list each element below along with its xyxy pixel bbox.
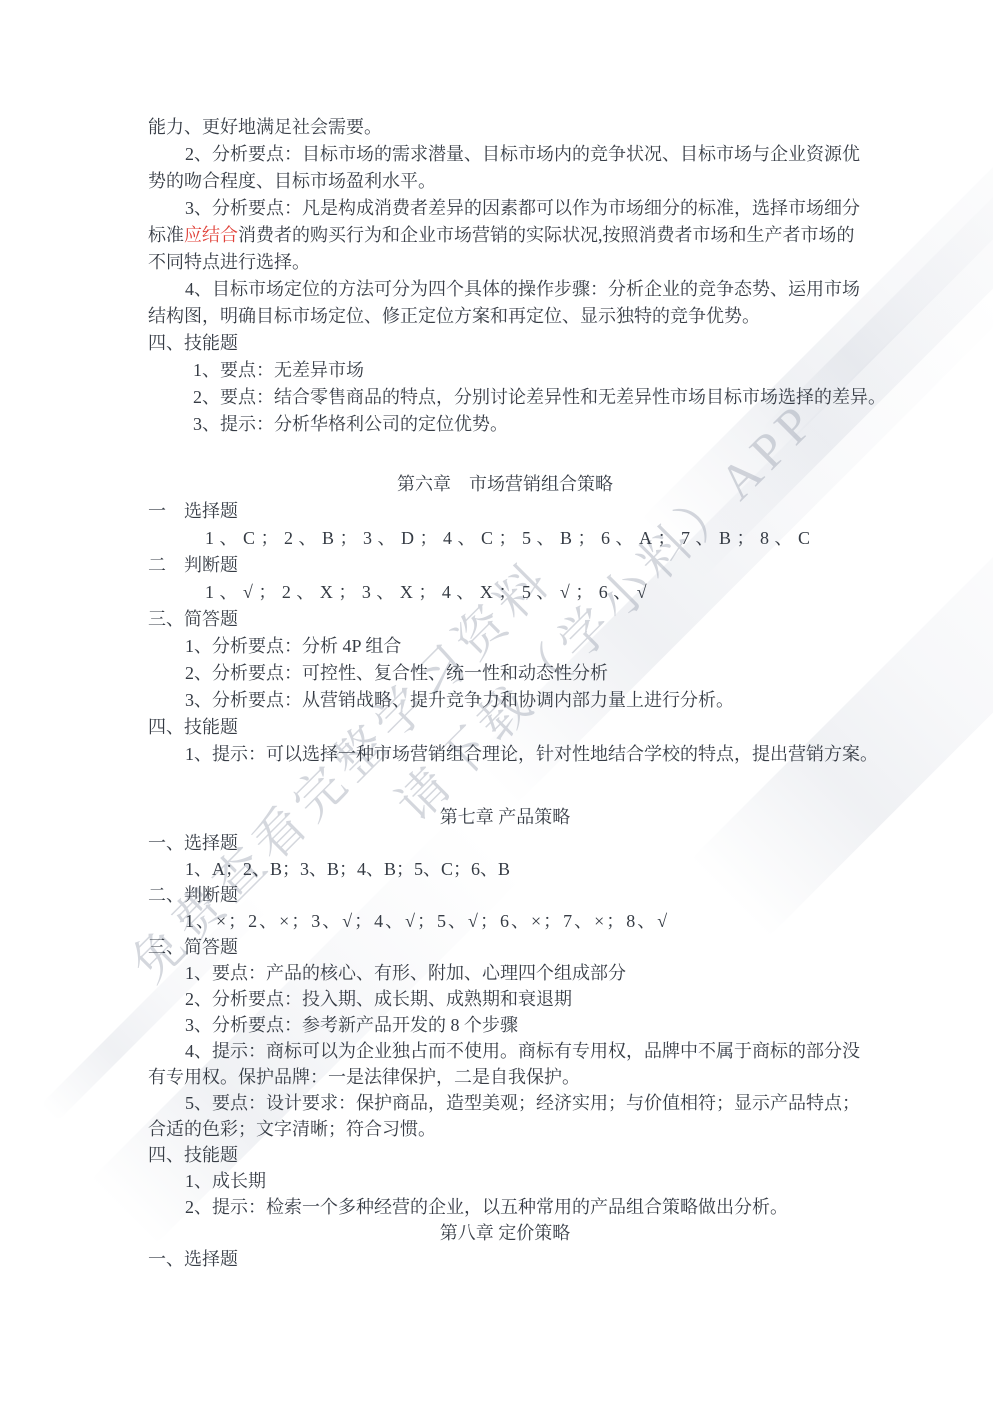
text-line: 4、提示：商标可以为企业独占而不使用。商标有专用权，品牌中不属于商标的部分没 [148, 1038, 862, 1064]
text-line: 一、选择题 [148, 830, 862, 856]
text-line: 合适的色彩；文字清晰；符合习惯。 [148, 1116, 862, 1142]
text-line: 2、要点：结合零售商品的特点，分别讨论差异性和无差异性市场目标市场选择的差异。 [148, 384, 862, 411]
text-line: 3、分析要点：从营销战略、提升竞争力和协调内部力量上进行分析。 [148, 687, 862, 714]
text-line: 1、分析要点：分析 4P 组合 [148, 633, 862, 660]
text-line: 标准应结合消费者的购买行为和企业市场营销的实际状况,按照消费者市场和生产者市场的 [148, 222, 862, 249]
chapter-8-title: 第八章 定价策略 [148, 1220, 862, 1246]
text-line: 3、提示：分析华格利公司的定位优势。 [148, 411, 862, 438]
text-line: 二、判断题 [148, 882, 862, 908]
text-line: 有专用权。保护品牌：一是法律保护，二是自我保护。 [148, 1064, 862, 1090]
text-line: 2、分析要点：可控性、复合性、统一性和动态性分析 [148, 660, 862, 687]
document-content: 能力、更好地满足社会需要。2、分析要点：目标市场的需求潜量、目标市场内的竞争状况… [148, 114, 862, 1272]
text-line: 1、√；2、X；3、X；4、X；5、√；6、√ [148, 579, 862, 606]
text-line: 结构图，明确目标市场定位、修正定位方案和再定位、显示独特的竞争优势。 [148, 303, 862, 330]
text-line: 3、分析要点：凡是构成消费者差异的因素都可以作为市场细分的标准，选择市场细分 [148, 195, 862, 222]
text-line: 1、要点：产品的核心、有形、附加、心理四个组成部分 [148, 960, 862, 986]
text-line: 1、A；2、B；3、B；4、B；5、C；6、B [148, 856, 862, 882]
text-line: 不同特点进行选择。 [148, 249, 862, 276]
text-line: 1、要点：无差异市场 [148, 357, 862, 384]
text-line: 2、分析要点：目标市场的需求潜量、目标市场内的竞争状况、目标市场与企业资源优 [148, 141, 862, 168]
text-line: 5、要点：设计要求：保护商品，造型美观；经济实用；与价值相符；显示产品特点； [148, 1090, 862, 1116]
text-line: 四、技能题 [148, 330, 862, 357]
text-line: 一 选择题 [148, 498, 862, 525]
text-line: 能力、更好地满足社会需要。 [148, 114, 862, 141]
text-line: 三、简答题 [148, 934, 862, 960]
text-block-upper: 能力、更好地满足社会需要。2、分析要点：目标市场的需求潜量、目标市场内的竞争状况… [148, 114, 862, 768]
text-line: 1、×；2、×；3、√；4、√；5、√；6、×；7、×；8、√ [148, 908, 862, 934]
text-line: 1、提示：可以选择一种市场营销组合理论，针对性地结合学校的特点，提出营销方案。 [148, 741, 862, 768]
text-line: 3、分析要点：参考新产品开发的 8 个步骤 [148, 1012, 862, 1038]
text-line: 四、技能题 [148, 714, 862, 741]
text-line: 1、C；2、B；3、D；4、C；5、B；6、A；7、B；8、C [148, 525, 862, 552]
text-line: 1、成长期 [148, 1168, 862, 1194]
text-line: 一、选择题 [148, 1246, 862, 1272]
text-block-lower: 第七章 产品策略一、选择题1、A；2、B；3、B；4、B；5、C；6、B二、判断… [148, 804, 862, 1272]
text-line: 三、简答题 [148, 606, 862, 633]
text-line: 2、提示：检索一个多种经营的企业，以五种常用的产品组合策略做出分析。 [148, 1194, 862, 1220]
text-line: 势的吻合程度、目标市场盈利水平。 [148, 168, 862, 195]
chapter-6-title: 第六章 市场营销组合策略 [148, 471, 862, 498]
highlight-red-text: 应结合 [184, 225, 238, 245]
text-line: 二 判断题 [148, 552, 862, 579]
chapter-7-title: 第七章 产品策略 [148, 804, 862, 830]
text-line: 四、技能题 [148, 1142, 862, 1168]
text-line: 2、分析要点：投入期、成长期、成熟期和衰退期 [148, 986, 862, 1012]
text-line: 4、目标市场定位的方法可分为四个具体的操作步骤：分析企业的竞争态势、运用市场 [148, 276, 862, 303]
